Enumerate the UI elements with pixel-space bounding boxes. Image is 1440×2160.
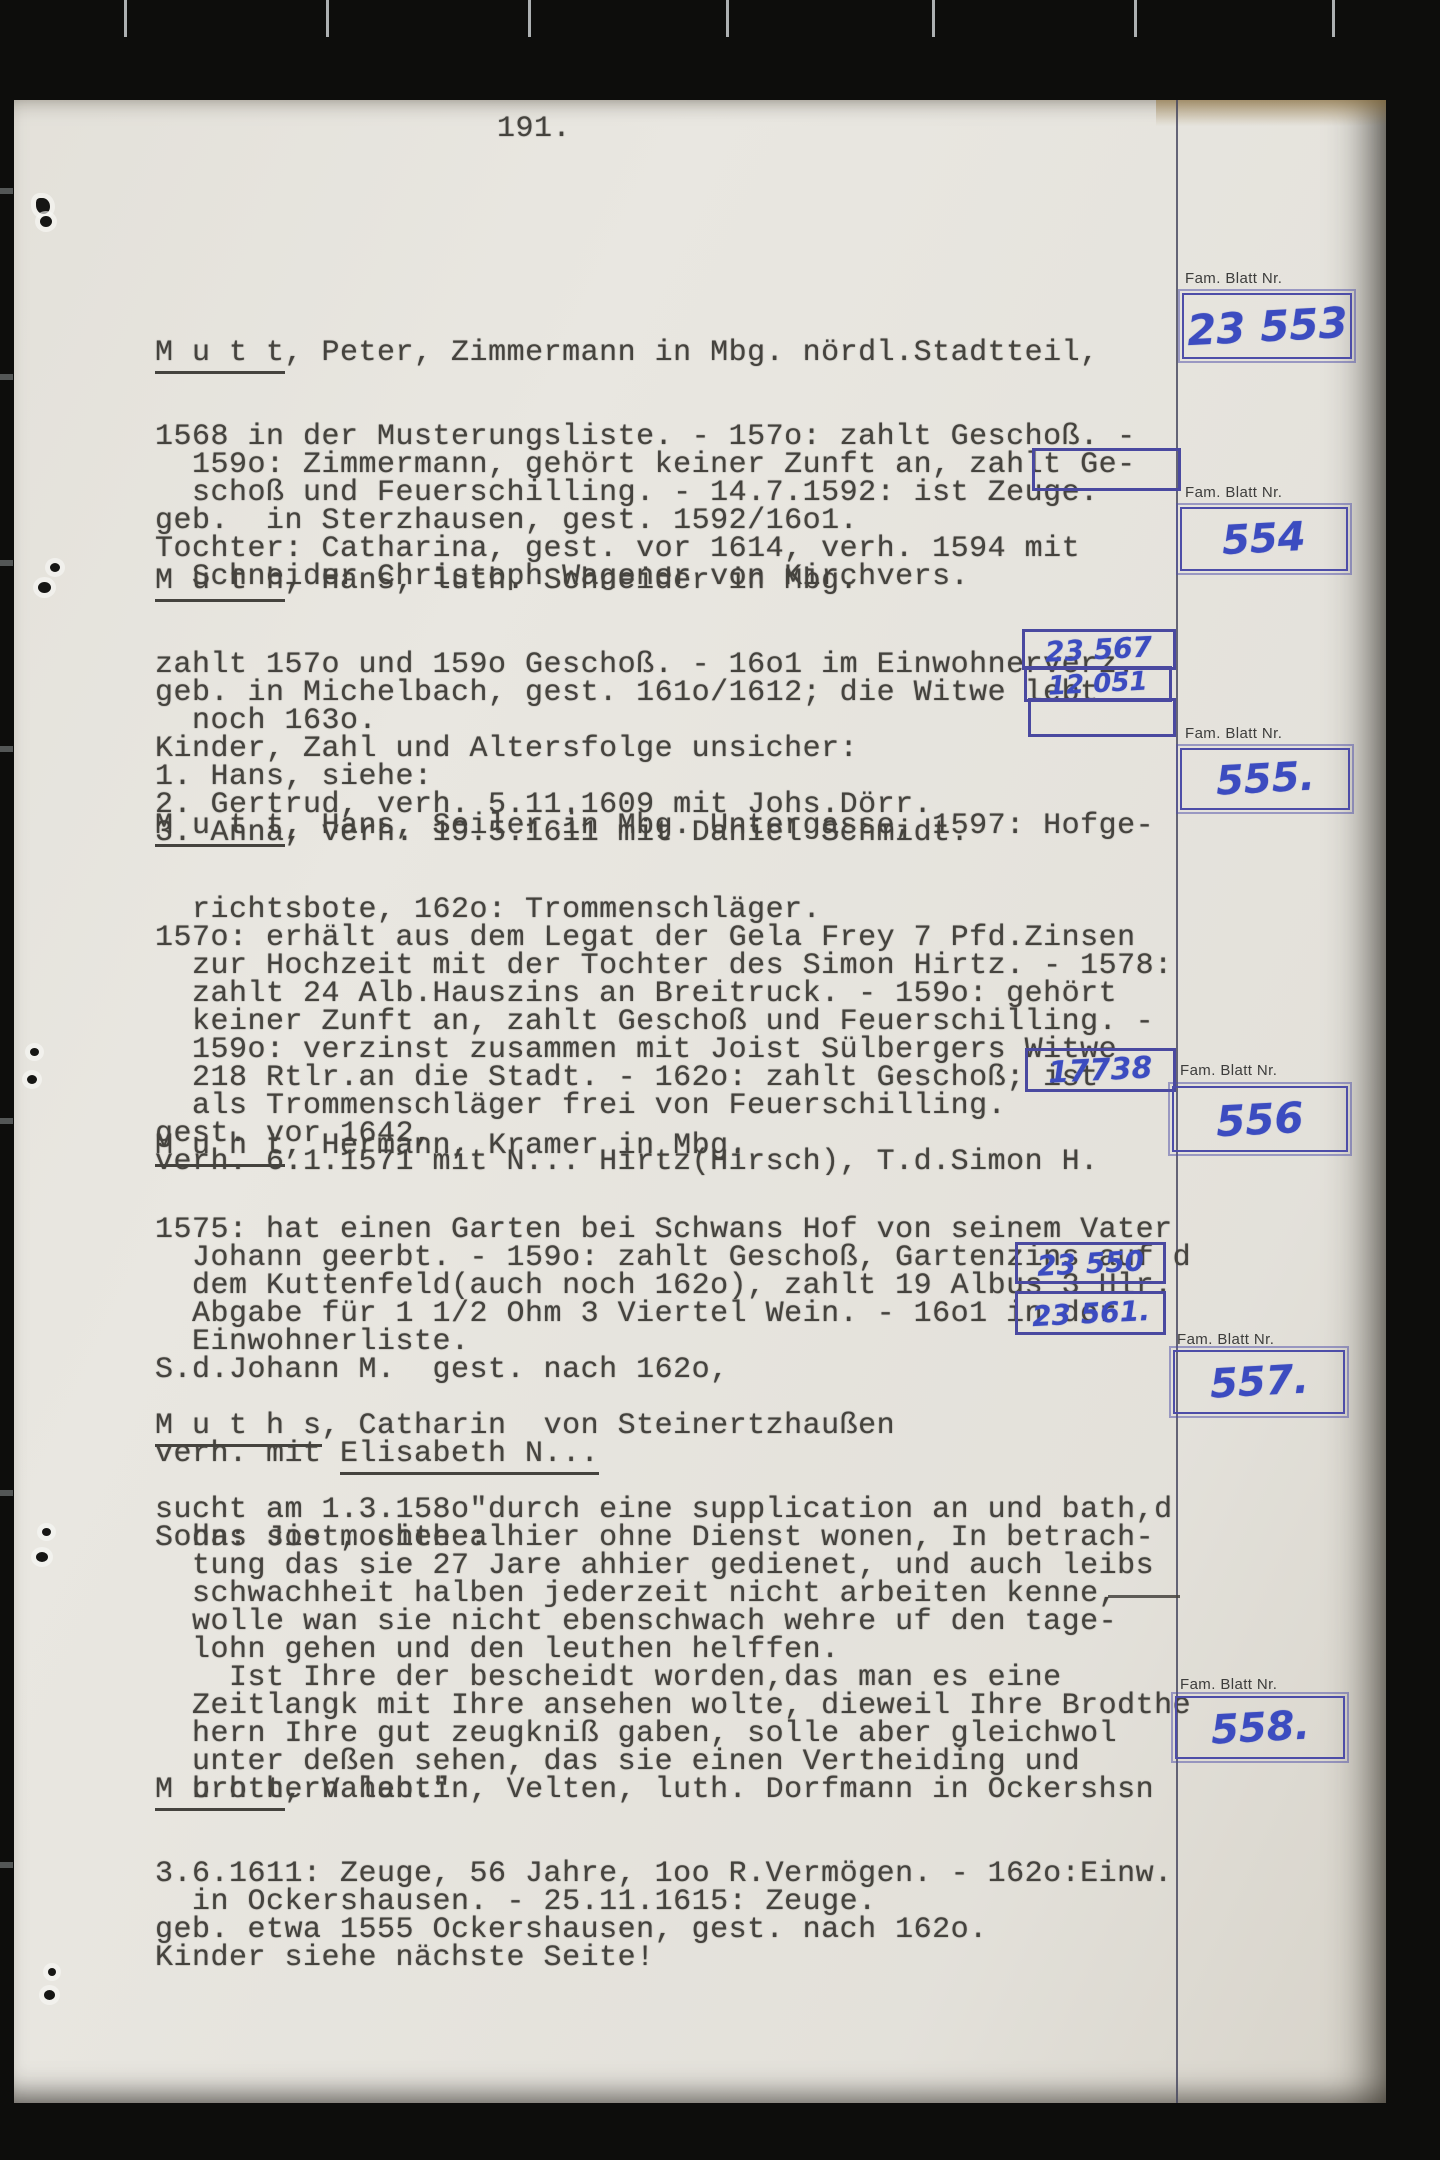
film-tick	[726, 0, 729, 37]
film-tick	[528, 0, 531, 37]
film-tick	[1134, 0, 1137, 37]
film-tick	[0, 1862, 13, 1868]
ink-blot	[50, 563, 60, 572]
fam-blatt-label: Fam. Blatt Nr.	[1180, 1062, 1277, 1079]
handwritten-number: 23 567	[1045, 630, 1154, 669]
film-tick	[1332, 0, 1335, 37]
film-tick	[932, 0, 935, 37]
family-name: M u h t	[155, 1129, 285, 1167]
fam-blatt-box: 23 553	[1182, 293, 1352, 359]
reference-number-box: 17738	[1025, 1048, 1176, 1092]
ink-blot	[40, 216, 52, 227]
scanned-microfilm-frame: 191. M u t t, Peter, Zimmermann in Mbg. …	[0, 0, 1440, 2160]
page-number: 191.	[497, 115, 571, 143]
entry-header-rest: , Hans, Seiler in Mbg. Untergasse, 1597:…	[285, 809, 1155, 843]
ink-blot	[44, 1990, 55, 2000]
entry-header-rest: , Hermann, Kramer in Mbg.	[285, 1129, 748, 1163]
film-tick	[0, 1490, 13, 1496]
handwritten-fam-blatt-number: 554	[1221, 514, 1307, 564]
film-tick	[0, 1118, 13, 1124]
handwritten-fam-blatt-number: 555.	[1215, 753, 1316, 804]
ink-blot	[38, 582, 51, 593]
ink-blot	[36, 1552, 48, 1562]
reference-number-box: 23 550	[1015, 1242, 1166, 1284]
family-name: M u t t	[155, 809, 285, 847]
handwritten-number: 12 051	[1048, 666, 1149, 701]
genealogy-entry: M u h t, Valentin, Velten, luth. Dorfman…	[155, 1720, 1255, 2028]
fam-blatt-label: Fam. Blatt Nr.	[1185, 484, 1282, 501]
handwritten-fam-blatt-number: 23 553	[1185, 297, 1348, 354]
entry-header-rest: , Valentin, Velten, luth. Dorfmann in Oc…	[285, 1773, 1155, 1807]
handwritten-fam-blatt-number: 557.	[1209, 1356, 1310, 1407]
film-tick	[0, 746, 13, 752]
ink-blot	[30, 1048, 39, 1056]
film-tick	[0, 374, 13, 380]
family-name: M u t h	[155, 564, 285, 602]
entry-header: M u t h s, Catharin von Steinertzhaußen	[155, 1412, 1255, 1440]
ink-blot	[27, 1075, 37, 1084]
entry-header-rest: , Hans, luth. Schneider in Mbg.	[285, 564, 859, 598]
film-tick	[0, 188, 13, 194]
fam-blatt-box: 556	[1172, 1086, 1348, 1152]
film-tick	[124, 0, 127, 37]
reference-number-box: 23 567	[1022, 629, 1176, 670]
overstrike-mark	[1108, 1595, 1180, 1598]
entry-header-rest: , Peter, Zimmermann in Mbg. nördl.Stadtt…	[285, 336, 1099, 370]
ink-blot	[48, 1968, 56, 1976]
handwritten-fam-blatt-number: 558.	[1210, 1702, 1311, 1753]
family-name: M u t h s	[155, 1409, 322, 1447]
fam-blatt-box: 555.	[1180, 748, 1350, 810]
entry-header: M u t t, Hans, Seiler in Mbg. Untergasse…	[155, 812, 1255, 840]
entry-header: M u h t, Hermann, Kramer in Mbg.	[155, 1132, 1255, 1160]
family-name: M u h t	[155, 1773, 285, 1811]
entry-header: M u t t, Peter, Zimmermann in Mbg. nördl…	[155, 339, 1255, 367]
fam-blatt-label: Fam. Blatt Nr.	[1185, 270, 1282, 287]
entry-header: M u t h, Hans, luth. Schneider in Mbg.	[155, 567, 1255, 595]
ink-blot	[36, 198, 50, 214]
ink-blot	[42, 1528, 51, 1536]
entry-body: 3.6.1611: Zeuge, 56 Jahre, 1oo R.Vermöge…	[155, 1860, 1255, 1972]
page-edge-glow	[1156, 100, 1386, 126]
film-tick	[0, 560, 13, 566]
fam-blatt-label: Fam. Blatt Nr.	[1180, 1676, 1277, 1693]
reference-number-box	[1032, 448, 1181, 491]
fam-blatt-label: Fam. Blatt Nr.	[1185, 725, 1282, 742]
fam-blatt-label: Fam. Blatt Nr.	[1177, 1331, 1274, 1348]
entry-header: M u h t, Valentin, Velten, luth. Dorfman…	[155, 1776, 1255, 1804]
fam-blatt-box: 557.	[1173, 1350, 1345, 1414]
document-page: 191. M u t t, Peter, Zimmermann in Mbg. …	[14, 100, 1386, 2103]
entry-header-rest: , Catharin von Steinertzhaußen	[322, 1409, 896, 1443]
reference-number-box	[1028, 698, 1176, 737]
handwritten-number: 23 550	[1036, 1244, 1145, 1283]
handwritten-number: 17738	[1047, 1050, 1153, 1090]
handwritten-number: 23 561.	[1031, 1293, 1150, 1332]
family-name: M u t t	[155, 336, 285, 374]
fam-blatt-box: 558.	[1175, 1696, 1345, 1759]
film-tick	[326, 0, 329, 37]
reference-number-box: 12 051	[1024, 666, 1172, 702]
reference-number-box: 23 561.	[1015, 1291, 1166, 1335]
handwritten-fam-blatt-number: 556	[1215, 1092, 1305, 1146]
fam-blatt-box: 554	[1180, 507, 1348, 571]
